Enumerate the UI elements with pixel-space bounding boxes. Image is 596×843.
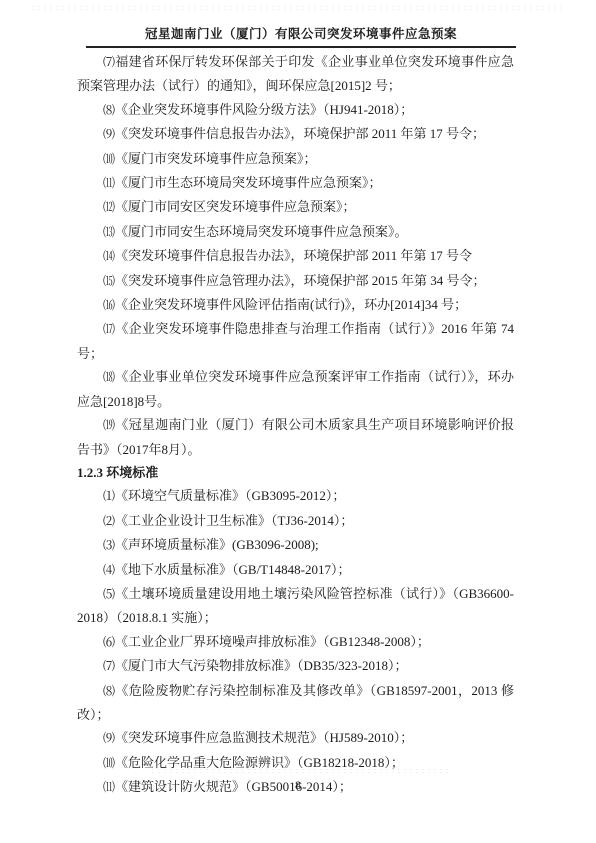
list-item-number: ⑽ [103, 756, 115, 770]
list-item-text: 《声环境质量标准》(GB3096-2008); [115, 537, 319, 552]
list-item-text: 《企业事业单位突发环境事件应急预案评审工作指南（试行）》，环办应急[2018]8… [77, 369, 514, 408]
list-item-text: 《工业企业设计卫生标准》（TJ36-2014）； [115, 513, 353, 528]
list-item: ⑿《厦门市同安区突发环境事件应急预案》； [77, 195, 514, 219]
list-item: ⒁《突发环境事件信息报告办法》，环境保护部 2011 年第 17 号令 [77, 244, 514, 268]
list-item: ⑼《突发环境事件信息报告办法》，环境保护部 2011 年第 17 号令； [77, 122, 514, 146]
list-item-number: ⑽ [103, 152, 115, 166]
page-body: ⑺福建省环保厅转发环保部关于印发《企业事业单位突发环境事件应急预案管理办法（试行… [77, 50, 514, 800]
list-item: ⑶《声环境质量标准》(GB3096-2008); [77, 533, 514, 557]
list-item: ⑻《危险废物贮存污染控制标准及其修改单》（GB18597-2001，2013 修… [77, 679, 514, 727]
list-item: ⑺福建省环保厅转发环保部关于印发《企业事业单位突发环境事件应急预案管理办法（试行… [77, 50, 514, 98]
list-item-number: ⑾ [103, 176, 115, 190]
list-item: ⒅《企业事业单位突发环境事件应急预案评审工作指南（试行）》，环办应急[2018]… [77, 365, 514, 413]
list-item-text: 《地下水质量标准》（GB/T14848-2017）； [115, 562, 350, 577]
list-item-text: 《危险化学品重大危险源辨识》（GB18218-2018）； [115, 755, 404, 770]
list-item-number: ⑼ [103, 731, 115, 745]
list-item-number: ⑼ [103, 127, 115, 141]
list-item-number: ⒁ [103, 249, 115, 263]
list-item-text: 福建省环保厅转发环保部关于印发《企业事业单位突发环境事件应急预案管理办法（试行）… [77, 54, 514, 93]
list-item-text: 《工业企业厂界环境噪声排放标准》（GB12348-2008）； [115, 634, 430, 649]
list-item: ⒆《冠星迦南门业（厦门）有限公司木质家具生产项目环境影响评价报告书》（2017年… [77, 413, 514, 461]
document-page: 冠星迦南门业（厦门）有限公司突发环境事件应急预案 ⑺福建省环保厅转发环保部关于印… [0, 0, 596, 843]
list-item: ⑸《土壤环境质量建设用地土壤污染风险管控标准（试行）》（GB36600-2018… [77, 582, 514, 630]
list-item-number: ⑻ [103, 103, 115, 117]
environmental-standards-list: ⑴《环境空气质量标准》（GB3095-2012）； ⑵《工业企业设计卫生标准》（… [77, 484, 514, 799]
list-item-number: ⑹ [103, 635, 115, 649]
legal-references-list: ⑺福建省环保厅转发环保部关于印发《企业事业单位突发环境事件应急预案管理办法（试行… [77, 50, 514, 461]
list-item-number: ⒆ [103, 418, 115, 432]
list-item: ⑺《厦门市大气污染物排放标准》（DB35/323-2018）； [77, 654, 514, 678]
list-item-text: 《企业突发环境事件风险分级方法》（HJ941-2018）； [115, 102, 413, 117]
list-item-number: ⑴ [103, 489, 115, 503]
list-item-text: 《企业突发环境事件隐患排查与治理工作指南（试行）》2016 年第 74 号； [77, 321, 514, 360]
list-item-number: ⑺ [103, 55, 115, 69]
list-item-number: ⒅ [103, 370, 115, 384]
list-item-text: 《冠星迦南门业（厦门）有限公司木质家具生产项目环境影响评价报告书》（2017年8… [77, 417, 514, 456]
list-item-number: ⑿ [103, 200, 115, 214]
list-item-number: ⑶ [103, 538, 115, 552]
list-item-number: ⒀ [103, 225, 115, 239]
list-item-number: ⑵ [103, 514, 115, 528]
list-item-text: 《突发环境事件应急管理办法》，环境保护部 2015 年第 34 号令； [115, 273, 486, 288]
list-item-text: 《厦门市生态环境局突发环境事件应急预案》； [115, 175, 382, 190]
list-item-number: ⑺ [103, 659, 115, 673]
list-item-text: 《突发环境事件信息报告办法》，环境保护部 2011 年第 17 号令 [115, 248, 472, 263]
list-item-text: 《环境空气质量标准》（GB3095-2012）； [115, 488, 345, 503]
list-item-text: 《突发环境事件应急监测技术规范》（HJ589-2010）； [115, 730, 413, 745]
list-item: ⑵《工业企业设计卫生标准》（TJ36-2014）； [77, 509, 514, 533]
list-item-number: ⑻ [103, 684, 115, 698]
list-item: ⑽《危险化学品重大危险源辨识》（GB18218-2018）； [77, 751, 514, 775]
list-item-text: 《厦门市同安区突发环境事件应急预案》； [115, 199, 356, 214]
list-item: ⑷《地下水质量标准》（GB/T14848-2017）； [77, 558, 514, 582]
header-title: 冠星迦南门业（厦门）有限公司突发环境事件应急预案 [86, 24, 516, 42]
list-item-text: 《厦门市同安生态环境局突发环境事件应急预案》。 [115, 224, 408, 239]
page-header: 冠星迦南门业（厦门）有限公司突发环境事件应急预案 [86, 0, 516, 48]
list-item-text: 《危险废物贮存污染控制标准及其修改单》（GB18597-2001，2013 修改… [77, 683, 514, 722]
list-item: ⑼《突发环境事件应急监测技术规范》（HJ589-2010）； [77, 726, 514, 750]
list-item-text: 《企业突发环境事件风险评估指南(试行)》，环办[2014]34 号； [115, 297, 467, 312]
list-item-number: ⑷ [103, 563, 115, 577]
list-item-text: 《厦门市大气污染物排放标准》（DB35/323-2018）； [115, 658, 408, 673]
list-item-number: ⒂ [103, 274, 115, 288]
page-number: 8 [0, 778, 596, 793]
list-item-number: ⑸ [103, 587, 115, 601]
list-item-text: 《土壤环境质量建设用地土壤污染风险管控标准（试行）》（GB36600-2018）… [77, 586, 514, 625]
list-item: ⒂《突发环境事件应急管理办法》，环境保护部 2015 年第 34 号令； [77, 269, 514, 293]
list-item: ⒃《企业突发环境事件风险评估指南(试行)》，环办[2014]34 号； [77, 293, 514, 317]
list-item-number: ⒃ [103, 298, 115, 312]
list-item: ⒀《厦门市同安生态环境局突发环境事件应急预案》。 [77, 220, 514, 244]
list-item: ⑻《企业突发环境事件风险分级方法》（HJ941-2018）； [77, 98, 514, 122]
list-item-number: ⒄ [103, 322, 115, 336]
list-item: ⒄《企业突发环境事件隐患排查与治理工作指南（试行）》2016 年第 74 号； [77, 317, 514, 365]
section-heading: 1.2.3 环境标准 [77, 461, 514, 484]
list-item-text: 《厦门市突发环境事件应急预案》； [115, 151, 317, 166]
list-item: ⑾《厦门市生态环境局突发环境事件应急预案》； [77, 171, 514, 195]
list-item-text: 《突发环境事件信息报告办法》，环境保护部 2011 年第 17 号令； [115, 126, 485, 141]
list-item: ⑽《厦门市突发环境事件应急预案》； [77, 147, 514, 171]
list-item: ⑹《工业企业厂界环境噪声排放标准》（GB12348-2008）； [77, 630, 514, 654]
list-item: ⑴《环境空气质量标准》（GB3095-2012）； [77, 484, 514, 508]
